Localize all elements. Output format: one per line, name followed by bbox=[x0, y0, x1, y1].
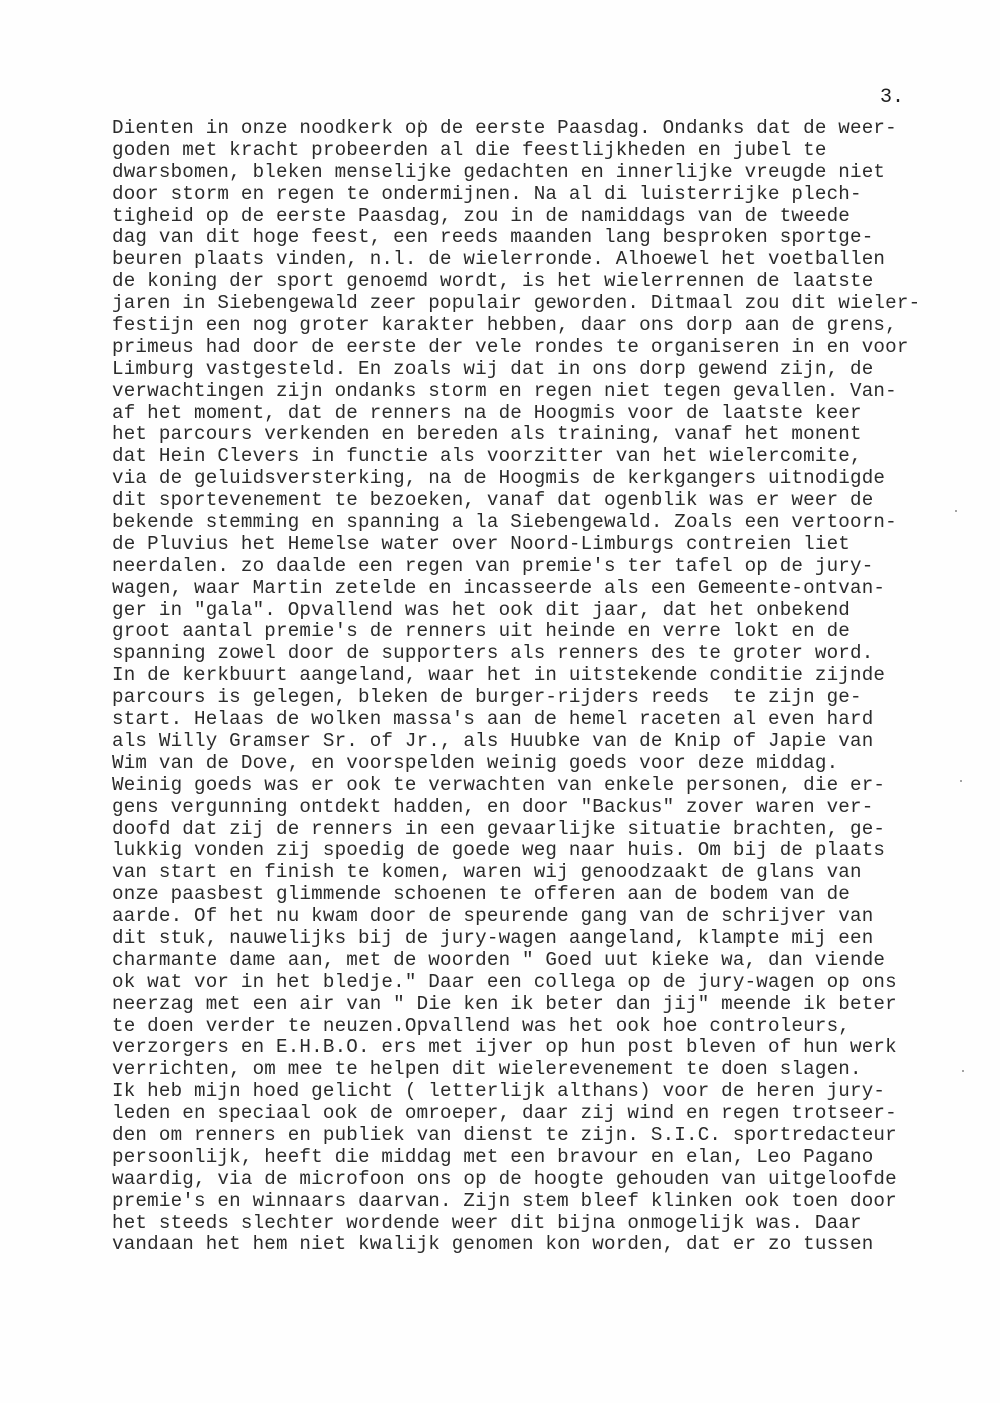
text-line: persoonlijk, heeft die middag met een br… bbox=[112, 1147, 962, 1169]
scan-speck bbox=[962, 1070, 964, 1072]
text-line: het steeds slechter wordende weer dit bi… bbox=[112, 1213, 962, 1235]
text-line: onze paasbest glimmende schoenen te offe… bbox=[112, 884, 962, 906]
text-line: groot aantal premie's de renners uit hei… bbox=[112, 621, 962, 643]
text-line: goden met kracht probeerden al die feest… bbox=[112, 140, 962, 162]
page-number: 3. bbox=[880, 86, 904, 109]
text-line: verrichten, om mee te helpen dit wielere… bbox=[112, 1059, 962, 1081]
text-line: door storm en regen te ondermijnen. Na a… bbox=[112, 184, 962, 206]
text-line: dag van dit hoge feest, een reeds maande… bbox=[112, 227, 962, 249]
text-line: start. Helaas de wolken massa's aan de h… bbox=[112, 709, 962, 731]
scan-speck bbox=[960, 780, 962, 782]
scan-speck bbox=[420, 120, 422, 122]
text-line: tigheid op de eerste Paasdag, zou in de … bbox=[112, 206, 962, 228]
text-line: de Pluvius het Hemelse water over Noord-… bbox=[112, 534, 962, 556]
scan-speck bbox=[543, 1200, 545, 1202]
text-line: wagen, waar Martin zetelde en incasseerd… bbox=[112, 578, 962, 600]
scan-speck bbox=[955, 510, 957, 512]
text-line: verzorgers en E.H.B.O. ers met ijver op … bbox=[112, 1037, 962, 1059]
text-line: beuren plaats vinden, n.l. de wielerrond… bbox=[112, 249, 962, 271]
text-line: Dienten in onze noodkerk op de eerste Pa… bbox=[112, 118, 962, 140]
text-line: via de geluidsversterking, na de Hoogmis… bbox=[112, 468, 962, 490]
text-line: lukkig vonden zij spoedig de goede weg n… bbox=[112, 840, 962, 862]
text-line: als Willy Gramser Sr. of Jr., als Huubke… bbox=[112, 731, 962, 753]
text-line: waardig, via de microfoon ons op de hoog… bbox=[112, 1169, 962, 1191]
text-line: Weinig goeds was er ook te verwachten va… bbox=[112, 775, 962, 797]
text-line: Ik heb mijn hoed gelicht ( letterlijk al… bbox=[112, 1081, 962, 1103]
text-line: primeus had door de eerste der vele rond… bbox=[112, 337, 962, 359]
text-line: spanning zowel door de supporters als re… bbox=[112, 643, 962, 665]
text-line: parcours is gelegen, bleken de burger-ri… bbox=[112, 687, 962, 709]
scan-speck bbox=[280, 1220, 282, 1222]
typed-body-text: Dienten in onze noodkerk op de eerste Pa… bbox=[112, 118, 962, 1256]
text-line: charmante dame aan, met de woorden " Goe… bbox=[112, 950, 962, 972]
text-line: Limburg vastgesteld. En zoals wij dat in… bbox=[112, 359, 962, 381]
text-line: dwarsbomen, bleken menselijke gedachten … bbox=[112, 162, 962, 184]
text-line: den om renners en publiek van dienst te … bbox=[112, 1125, 962, 1147]
document-page: 3. Dienten in onze noodkerk op de eerste… bbox=[0, 0, 1000, 1403]
scan-speck bbox=[128, 520, 130, 522]
text-line: dit stuk, nauwelijks bij de jury-wagen a… bbox=[112, 928, 962, 950]
text-line: ger in "gala". Opvallend was het ook dit… bbox=[112, 600, 962, 622]
text-line: verwachtingen zijn ondanks storm en rege… bbox=[112, 381, 962, 403]
text-line: aarde. Of het nu kwam door de speurende … bbox=[112, 906, 962, 928]
text-line: vandaan het hem niet kwalijk genomen kon… bbox=[112, 1234, 962, 1256]
text-line: dat Hein Clevers in functie als voorzitt… bbox=[112, 446, 962, 468]
text-line: van start en finish te komen, waren wij … bbox=[112, 862, 962, 884]
text-line: leden en speciaal ook de omroeper, daar … bbox=[112, 1103, 962, 1125]
text-line: bekende stemming en spanning a la Sieben… bbox=[112, 512, 962, 534]
text-line: de koning der sport genoemd wordt, is he… bbox=[112, 271, 962, 293]
text-line: ok wat vor in het bledje." Daar een coll… bbox=[112, 972, 962, 994]
text-line: doofd dat zij de renners in een gevaarli… bbox=[112, 819, 962, 841]
text-line: In de kerkbuurt aangeland, waar het in u… bbox=[112, 665, 962, 687]
text-line: premie's en winnaars daarvan. Zijn stem … bbox=[112, 1191, 962, 1213]
text-line: af het moment, dat de renners na de Hoog… bbox=[112, 403, 962, 425]
text-line: jaren in Siebengewald zeer populair gewo… bbox=[112, 293, 962, 315]
text-line: Wim van de Dove, en voorspelden weinig g… bbox=[112, 753, 962, 775]
text-line: dit sportevenement te bezoeken, vanaf da… bbox=[112, 490, 962, 512]
text-line: neerzag met een air van " Die ken ik bet… bbox=[112, 994, 962, 1016]
text-line: het parcours verkenden en bereden als tr… bbox=[112, 424, 962, 446]
text-line: te doen verder te neuzen.Opvallend was h… bbox=[112, 1016, 962, 1038]
text-line: festijn een nog groter karakter hebben, … bbox=[112, 315, 962, 337]
text-line: neerdalen. zo daalde een regen van premi… bbox=[112, 556, 962, 578]
text-line: gens vergunning ontdekt hadden, en door … bbox=[112, 797, 962, 819]
